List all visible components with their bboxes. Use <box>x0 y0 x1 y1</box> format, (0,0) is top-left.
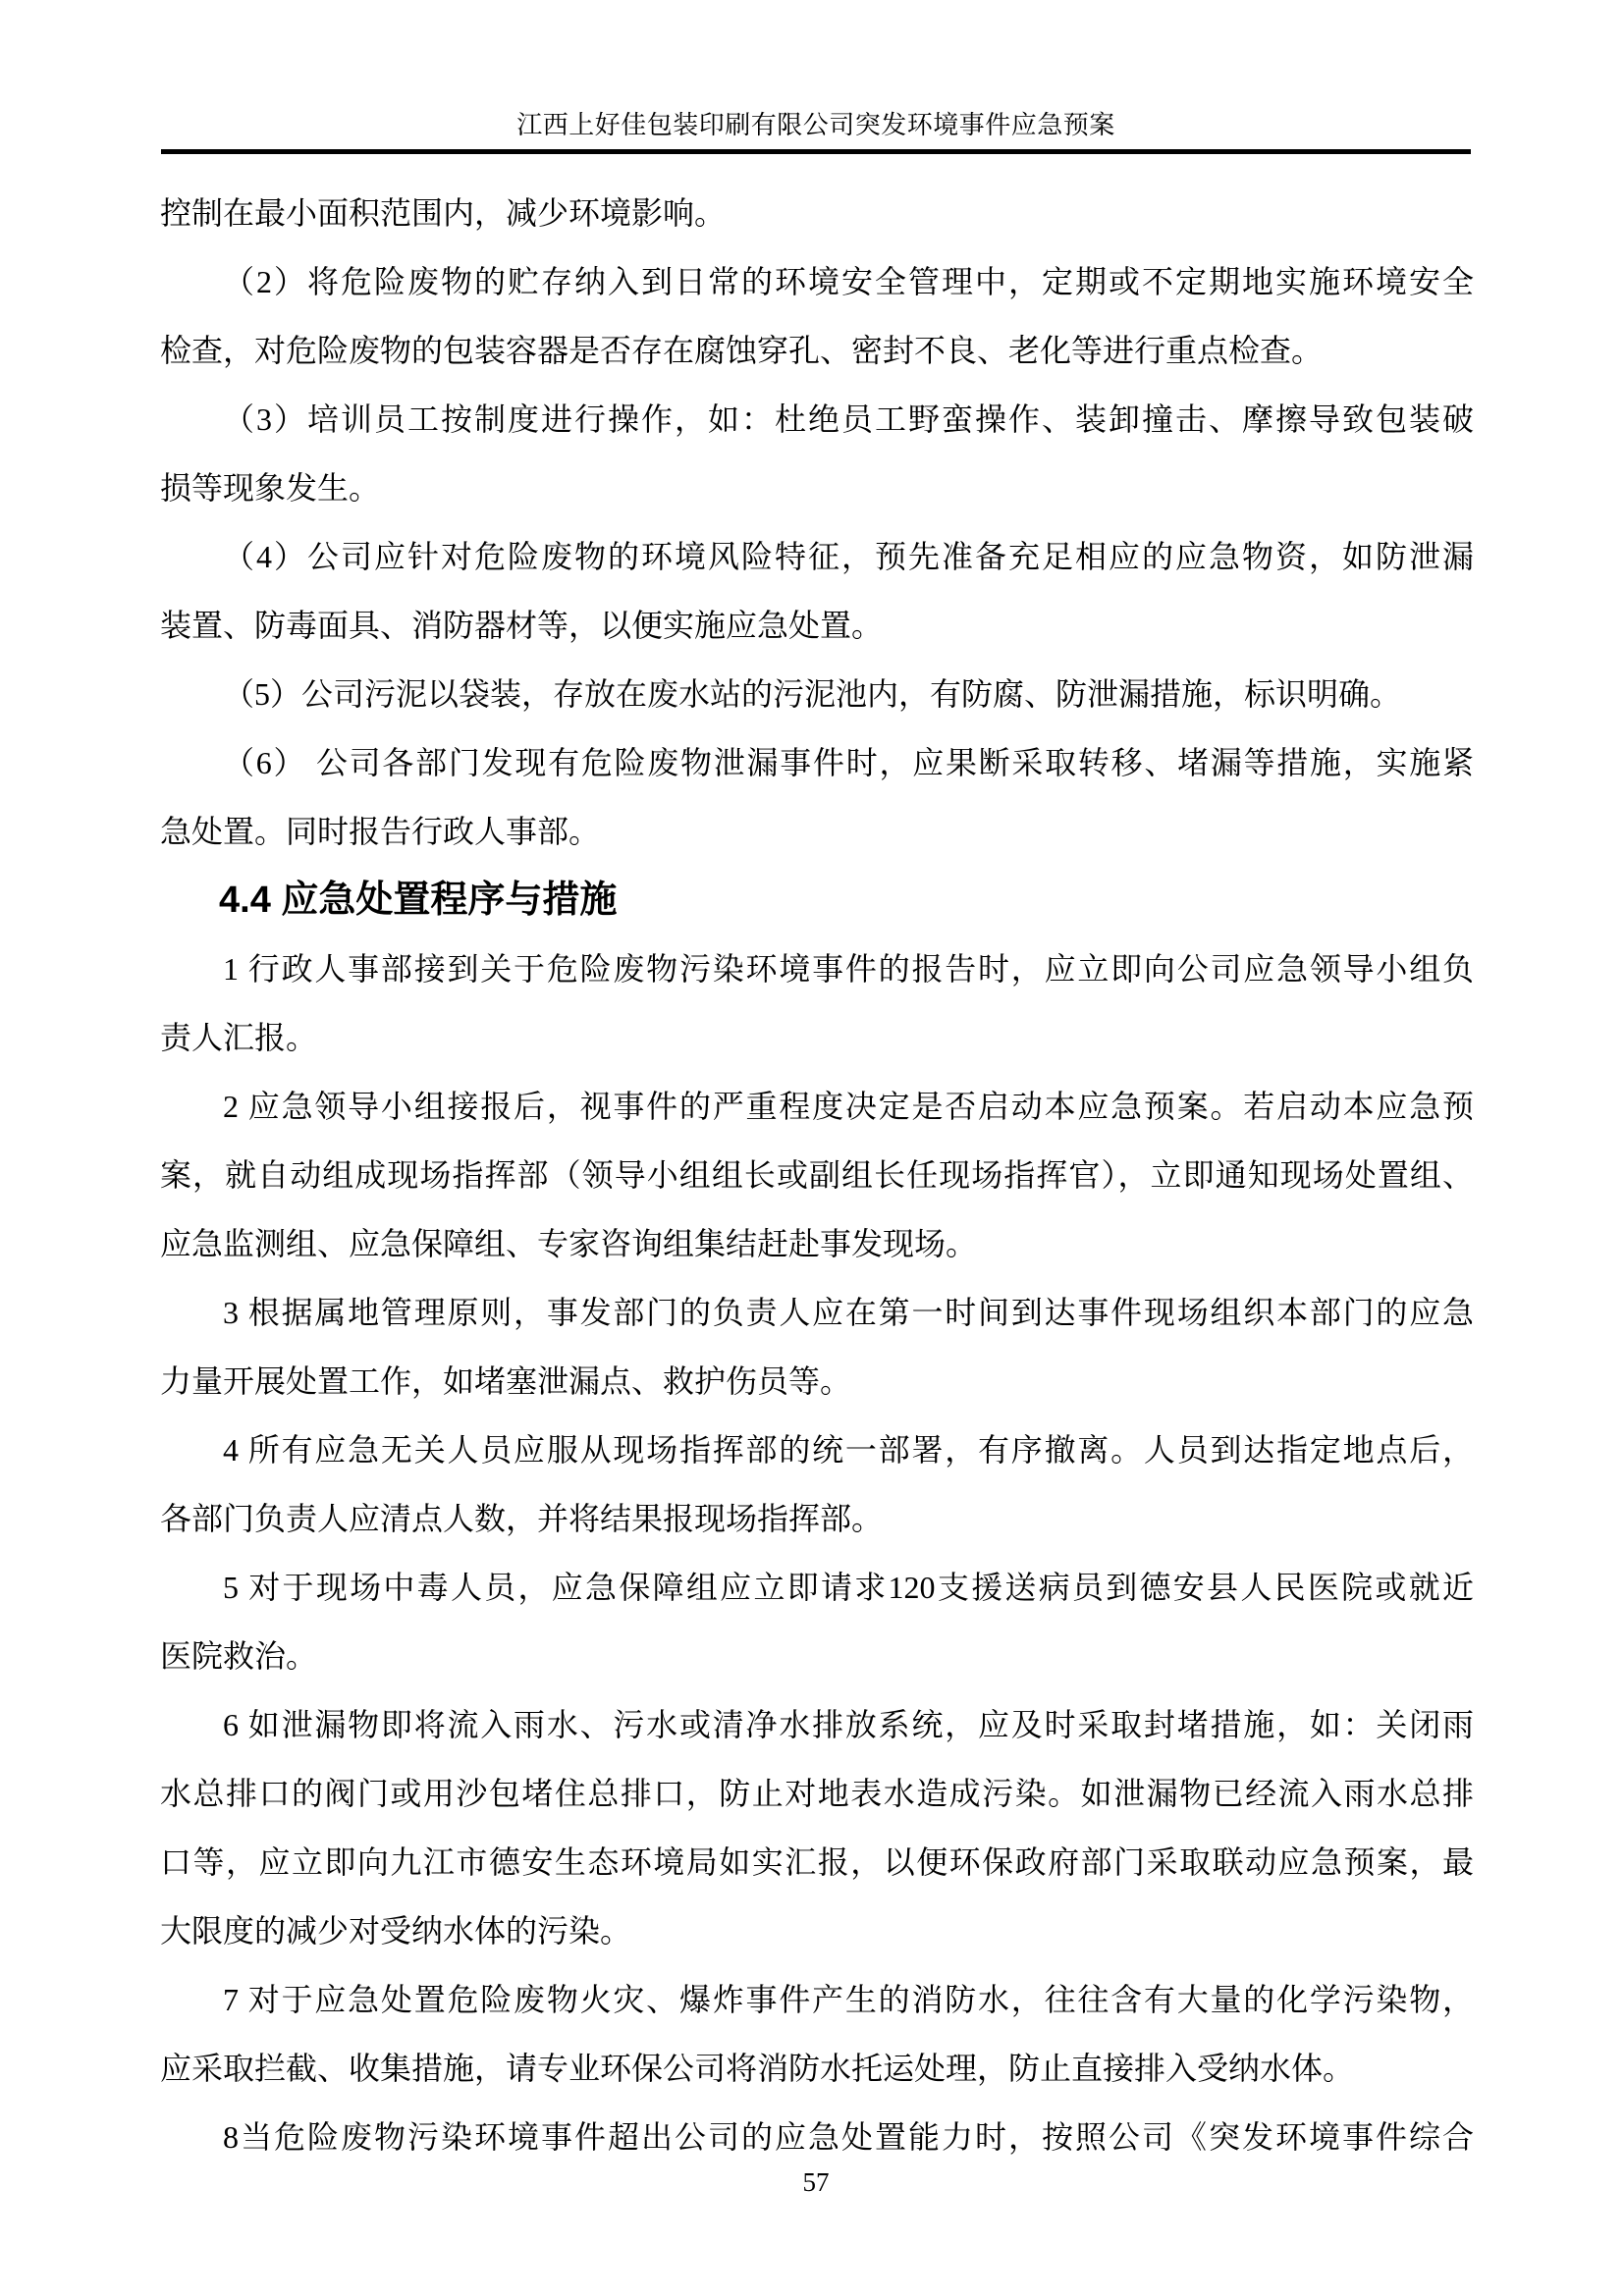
header-divider <box>161 149 1471 154</box>
text-line: 应采取拦截、收集措施，请专业环保公司将消防水托运处理，防止直接排入受纳水体。 <box>160 2034 1474 2103</box>
text-line: （4）公司应针对危险废物的环境风险特征，预先准备充足相应的应急物资，如防泄漏 <box>160 522 1474 591</box>
text-line: （2）将危险废物的贮存纳入到日常的环境安全管理中，定期或不定期地实施环境安全 <box>160 247 1474 316</box>
text-line: （3）培训员工按制度进行操作，如：杜绝员工野蛮操作、装卸撞击、摩擦导致包装破 <box>160 385 1474 454</box>
text-line: 力量开展处置工作，如堵塞泄漏点、救护伤员等。 <box>160 1347 1474 1415</box>
text-line: 5 对于现场中毒人员，应急保障组应立即请求120支援送病员到德安县人民医院或就近 <box>160 1553 1474 1622</box>
document-body: 控制在最小面积范围内，减少环境影响。（2）将危险废物的贮存纳入到日常的环境安全管… <box>160 179 1474 2171</box>
page-header: 江西上好佳包装印刷有限公司突发环境事件应急预案 <box>161 106 1471 154</box>
text-line: 6 如泄漏物即将流入雨水、污水或清净水排放系统，应及时采取封堵措施，如：关闭雨 <box>160 1690 1474 1759</box>
text-line: 8当危险废物污染环境事件超出公司的应急处置能力时，按照公司《突发环境事件综合 <box>160 2103 1474 2171</box>
header-title: 江西上好佳包装印刷有限公司突发环境事件应急预案 <box>161 106 1471 145</box>
page-footer: 57 <box>161 2163 1471 2202</box>
text-line: 水总排口的阀门或用沙包堵住总排口，防止对地表水造成污染。如泄漏物已经流入雨水总排 <box>160 1759 1474 1828</box>
text-line: 急处置。同时报告行政人事部。 <box>160 797 1474 866</box>
text-line: 医院救治。 <box>160 1622 1474 1690</box>
text-line: 3 根据属地管理原则，事发部门的负责人应在第一时间到达事件现场组织本部门的应急 <box>160 1278 1474 1347</box>
text-line: 损等现象发生。 <box>160 454 1474 522</box>
text-line: 案，就自动组成现场指挥部（领导小组组长或副组长任现场指挥官），立即通知现场处置组… <box>160 1141 1474 1209</box>
text-line: 7 对于应急处置危险废物火灾、爆炸事件产生的消防水，往往含有大量的化学污染物， <box>160 1965 1474 2034</box>
text-line: 各部门负责人应清点人数，并将结果报现场指挥部。 <box>160 1484 1474 1553</box>
text-line: （6） 公司各部门发现有危险废物泄漏事件时，应果断采取转移、堵漏等措施，实施紧 <box>160 728 1474 797</box>
text-line: 1 行政人事部接到关于危险废物污染环境事件的报告时，应立即向公司应急领导小组负 <box>160 934 1474 1003</box>
text-line: 4 所有应急无关人员应服从现场指挥部的统一部署，有序撤离。人员到达指定地点后， <box>160 1415 1474 1484</box>
text-line: 大限度的减少对受纳水体的污染。 <box>160 1896 1474 1965</box>
text-line: （5）公司污泥以袋装，存放在废水站的污泥池内，有防腐、防泄漏措施，标识明确。 <box>160 660 1474 728</box>
text-line: 责人汇报。 <box>160 1003 1474 1072</box>
text-line: 控制在最小面积范围内，减少环境影响。 <box>160 179 1474 247</box>
text-line: 装置、防毒面具、消防器材等，以便实施应急处置。 <box>160 591 1474 660</box>
page-number: 57 <box>803 2167 830 2197</box>
document-page: 江西上好佳包装印刷有限公司突发环境事件应急预案 控制在最小面积范围内，减少环境影… <box>0 0 1624 2296</box>
section-heading: 4.4 应急处置程序与措施 <box>160 866 1474 934</box>
text-line: 口等，应立即向九江市德安生态环境局如实汇报，以便环保政府部门采取联动应急预案，最 <box>160 1828 1474 1896</box>
text-line: 应急监测组、应急保障组、专家咨询组集结赶赴事发现场。 <box>160 1209 1474 1278</box>
text-line: 检查，对危险废物的包装容器是否存在腐蚀穿孔、密封不良、老化等进行重点检查。 <box>160 316 1474 385</box>
text-line: 2 应急领导小组接报后，视事件的严重程度决定是否启动本应急预案。若启动本应急预 <box>160 1072 1474 1141</box>
